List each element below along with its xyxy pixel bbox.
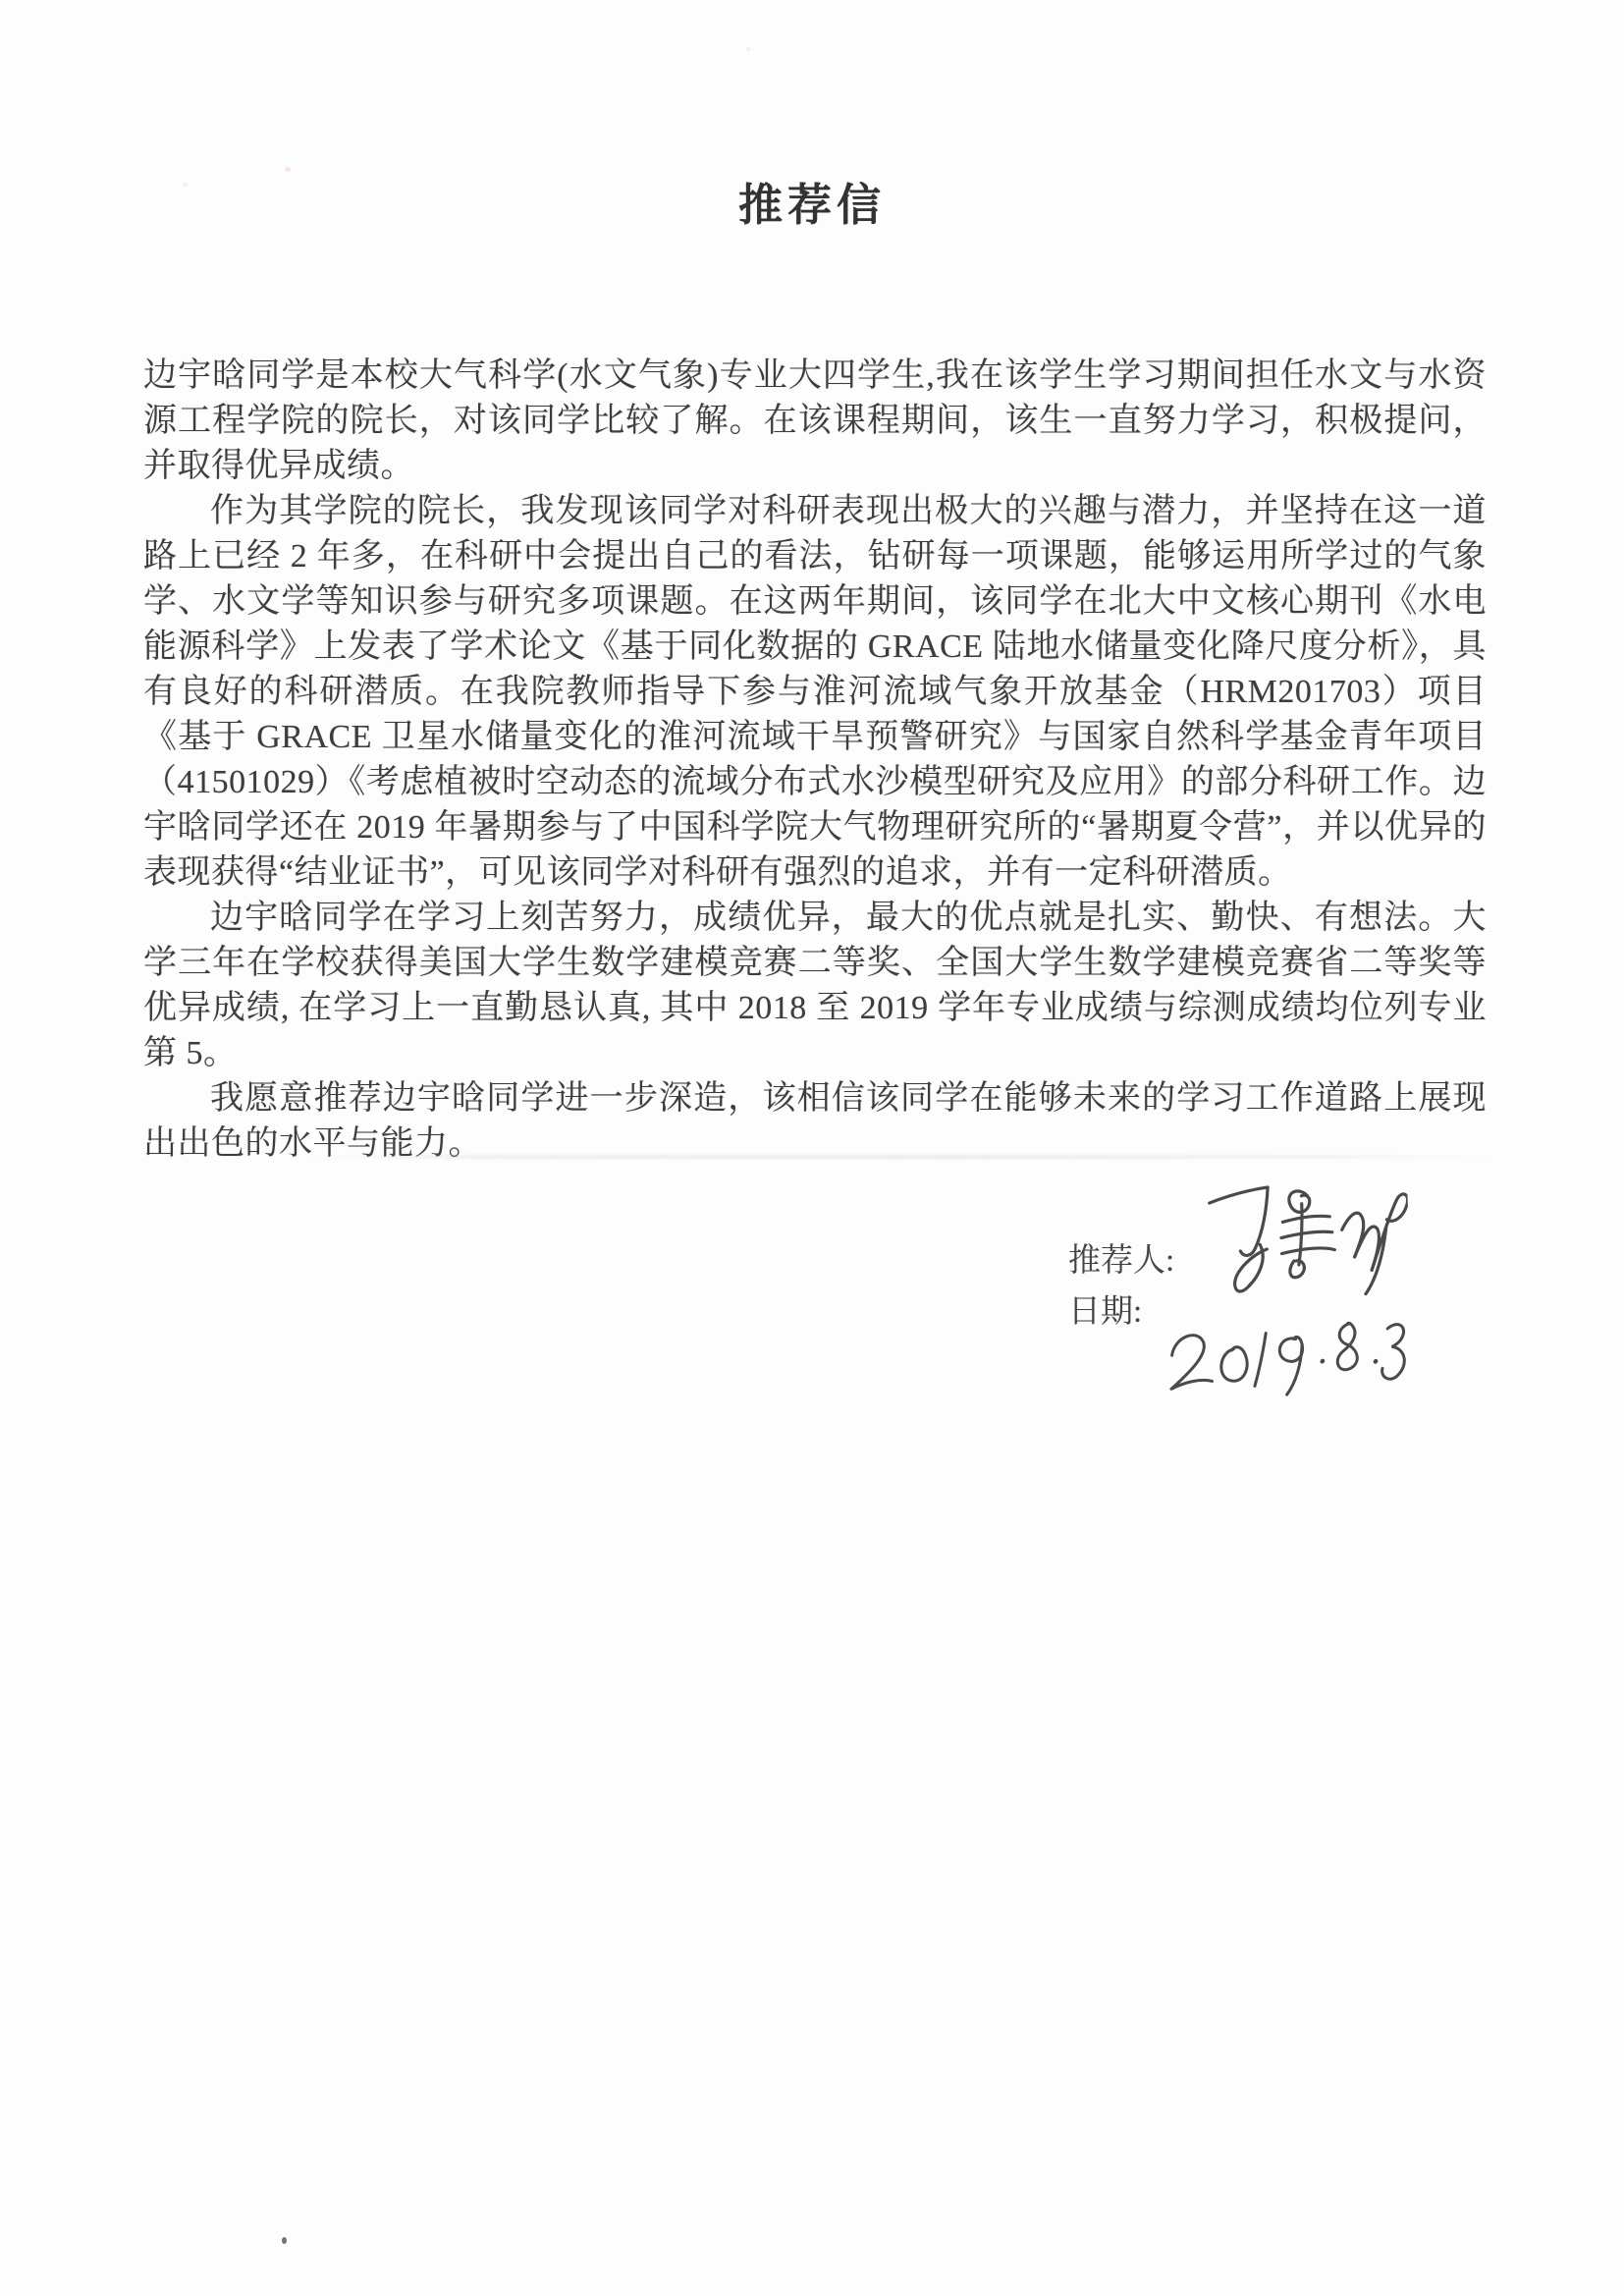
scan-speck xyxy=(746,47,750,51)
paragraph-academics: 边宇晗同学在学习上刻苦努力，成绩优异，最大的优点就是扎实、勤快、有想法。大学三年… xyxy=(143,896,1487,1076)
letter-body: 边宇晗同学是本校大气科学(水文气象)专业大四学生,我在该学生学习期间担任水文与水… xyxy=(143,354,1487,1167)
scan-speck xyxy=(285,167,291,172)
handwritten-date xyxy=(1154,1303,1423,1411)
scan-speck xyxy=(282,2237,287,2244)
letter-title: 推荐信 xyxy=(0,169,1624,233)
scan-crease-line xyxy=(295,1155,1502,1159)
recommender-label: 推荐人: xyxy=(1068,1235,1174,1286)
paragraph-intro: 边宇晗同学是本校大气科学(水文气象)专业大四学生,我在该学生学习期间担任水文与水… xyxy=(143,354,1487,489)
paragraph-research: 作为其学院的院长，我发现该同学对科研表现出极大的兴趣与潜力，并坚持在这一道路上已… xyxy=(143,489,1487,896)
scan-speck xyxy=(183,183,188,187)
handwritten-signature xyxy=(1181,1167,1412,1312)
paragraph-closing: 我愿意推荐边宇晗同学进一步深造，该相信该同学在能够未来的学习工作道路上展现出出色… xyxy=(143,1076,1487,1167)
scanned-letter-page: 推荐信 边宇晗同学是本校大气科学(水文气象)专业大四学生,我在该学生学习期间担任… xyxy=(0,0,1624,2296)
